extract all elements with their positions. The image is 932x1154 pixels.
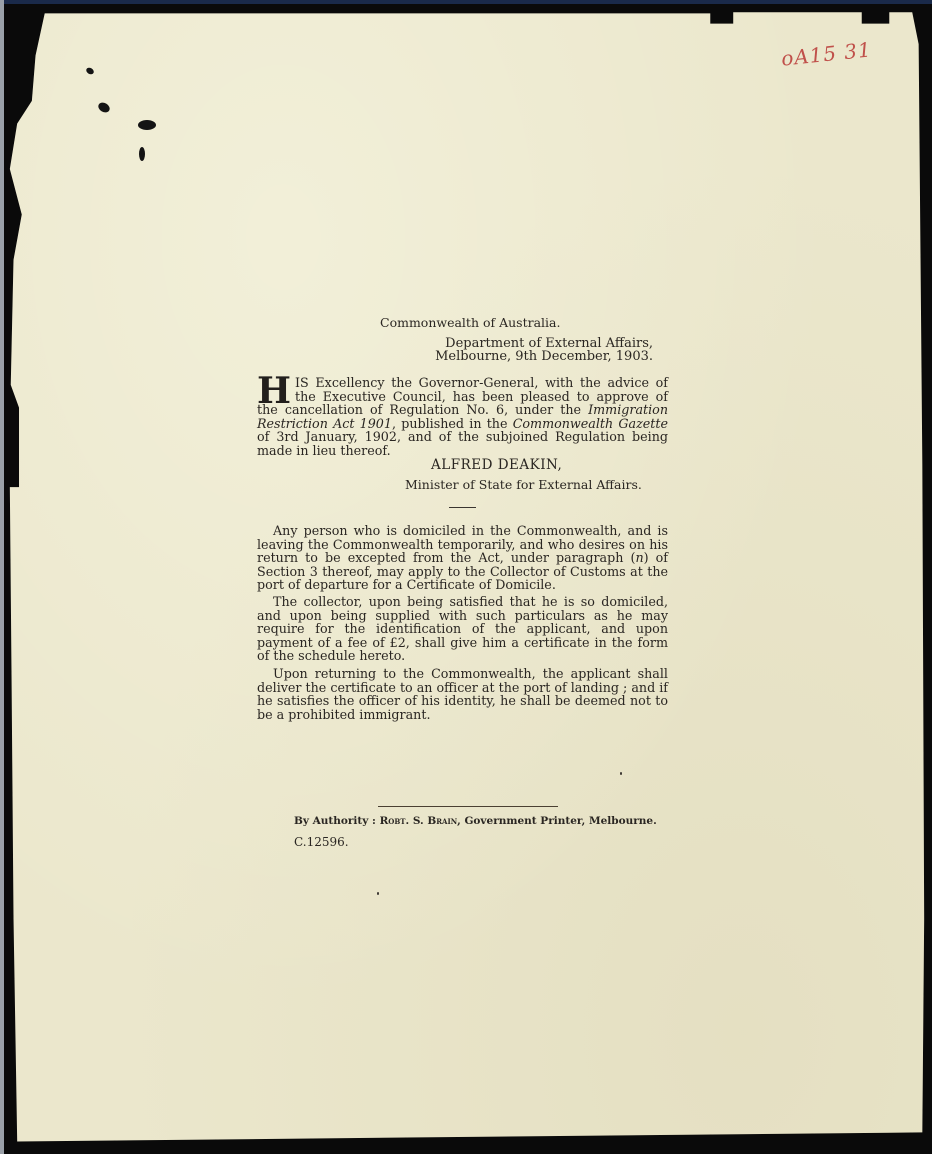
dateline: Melbourne, 9th December, 1903.	[417, 350, 653, 363]
paper-damage	[97, 101, 112, 115]
paper-speck	[620, 772, 622, 775]
paper-damage	[85, 66, 95, 75]
imprint-divider	[378, 806, 558, 807]
regulation-paragraph: The collector, upon being satisfied that…	[257, 595, 668, 663]
regulation-paragraph: Any person who is domiciled in the Commo…	[257, 524, 668, 592]
drop-cap: H	[257, 378, 291, 404]
paper-damage	[139, 147, 145, 161]
paper-speck	[377, 892, 379, 895]
document-title: Commonwealth of Australia.	[380, 315, 560, 330]
document-code: C.12596.	[294, 835, 349, 849]
department-header: Department of External Affairs, Melbourn…	[417, 337, 653, 363]
printer-imprint: By Authority : Robt. S. Brain, Governmen…	[294, 815, 657, 827]
paper-damage	[138, 120, 156, 130]
document-page: oA15 31 Commonwealth of Australia. Depar…	[8, 10, 926, 1146]
regulation-paragraph: Upon returning to the Commonwealth, the …	[257, 667, 668, 721]
scan-edge	[0, 0, 4, 1154]
handwritten-archive-mark: oA15 31	[780, 37, 873, 70]
divider	[449, 507, 476, 508]
signatory-name: ALFRED DEAKIN,	[431, 457, 562, 473]
signatory-title: Minister of State for External Affairs.	[405, 477, 642, 492]
intro-paragraph: HIS Excellency the Governor-General, wit…	[257, 376, 668, 458]
printer-name: Robt. S. Brain	[380, 815, 458, 827]
